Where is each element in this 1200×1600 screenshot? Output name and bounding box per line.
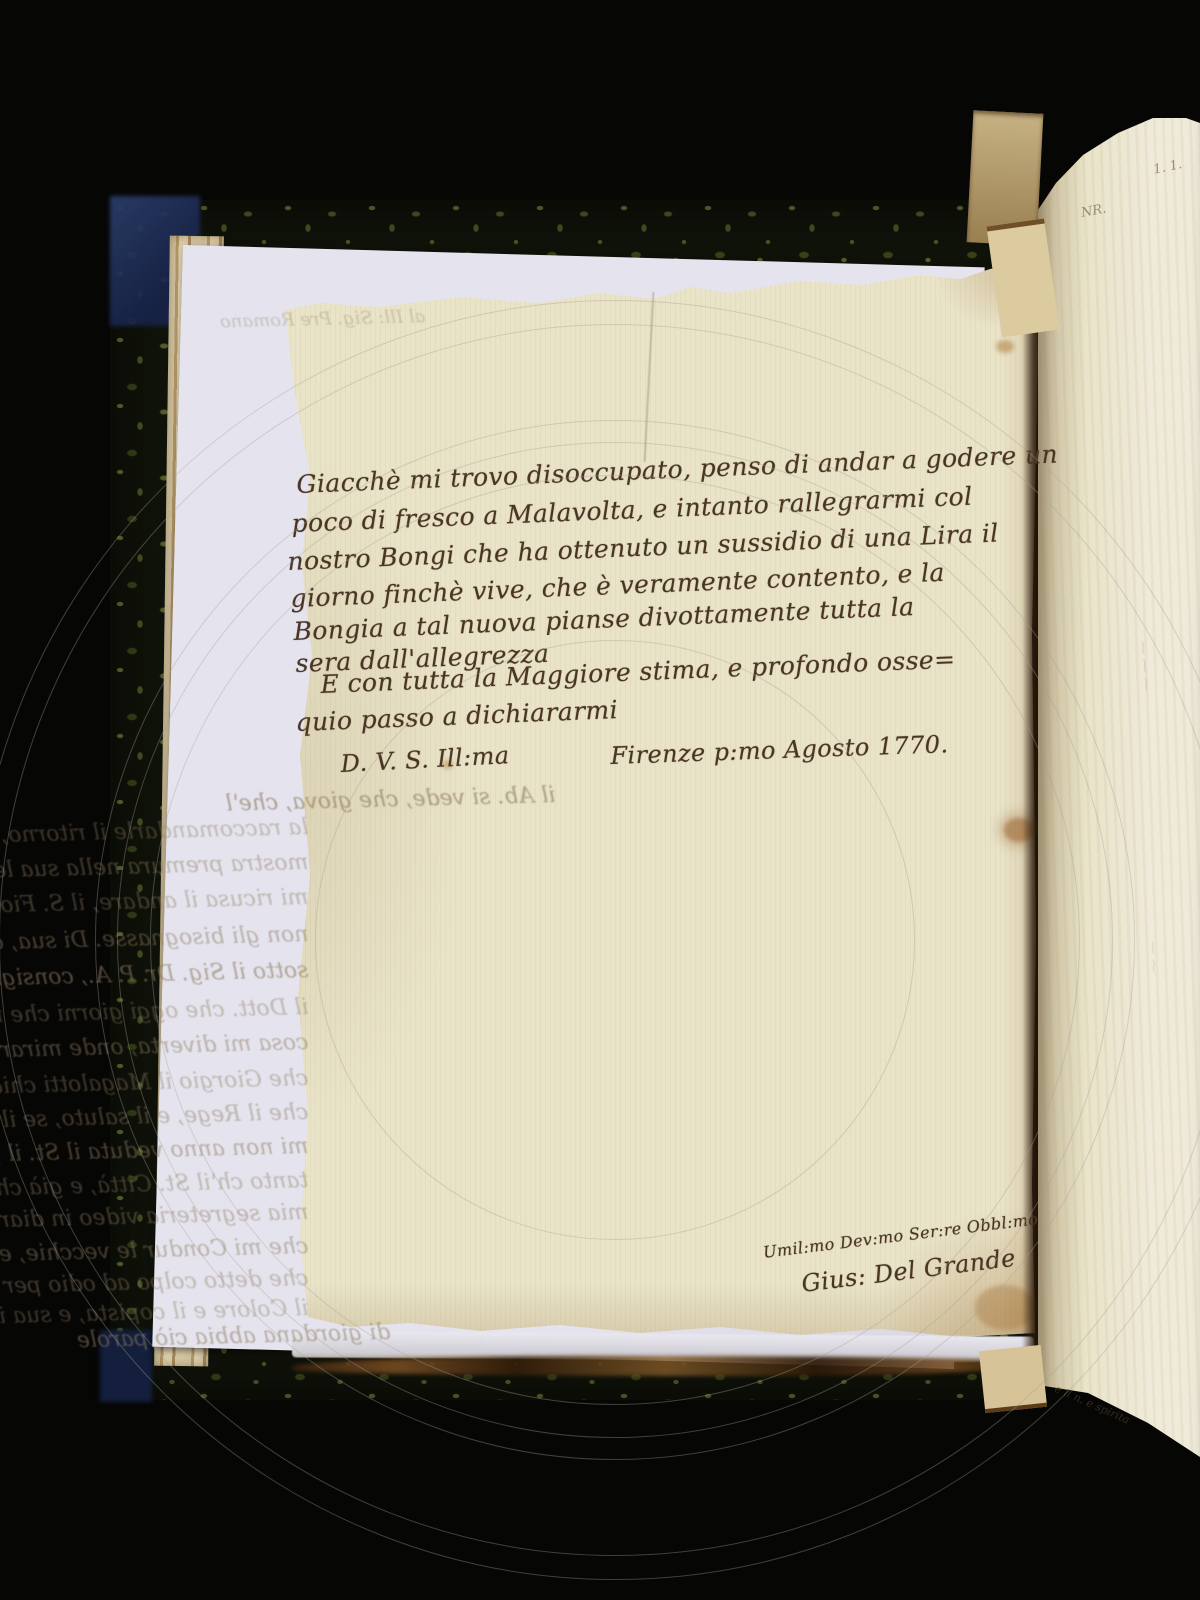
torn-page-fragment-3: [979, 1345, 1047, 1413]
letter-burnt-bottom-edge: [292, 1356, 1040, 1376]
facing-page: [1038, 105, 1200, 1477]
small-stain: [442, 760, 453, 769]
book-board-blue-edge-bottom: [100, 1330, 152, 1402]
letter-page: [260, 235, 1040, 1350]
photo-stage: al Ill: Sig. Pre Romanoil Ab. si vede, c…: [0, 0, 1200, 1600]
fox-stain: [996, 340, 1014, 353]
